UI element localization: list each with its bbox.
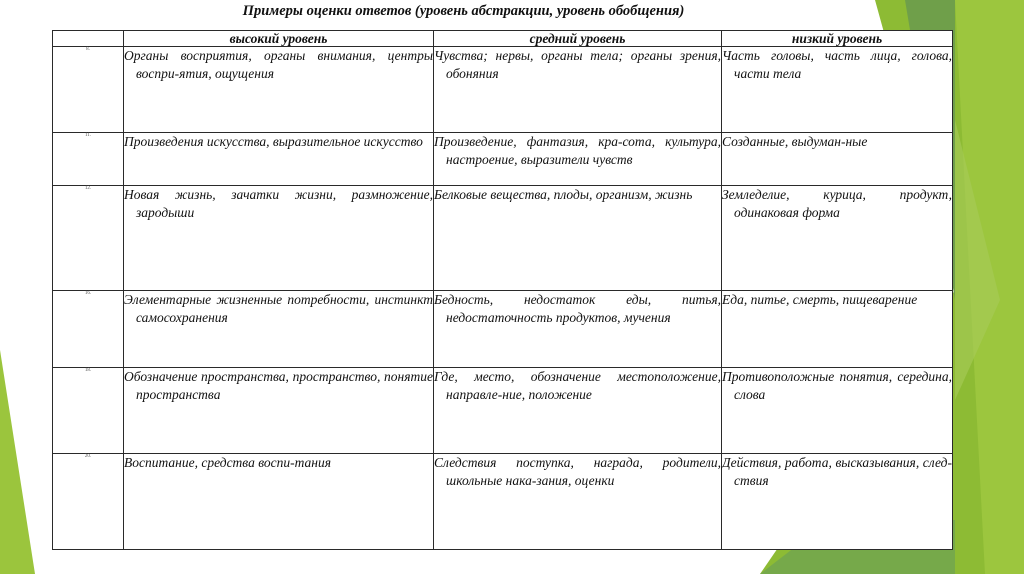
table-header-row: высокий уровень средний уровень низкий у… bbox=[53, 31, 953, 47]
table-row: 12. Новая жизнь, зачатки жизни, размноже… bbox=[53, 186, 953, 291]
cell-high: Воспитание, средства воспи-тания bbox=[124, 453, 434, 549]
header-high-level: высокий уровень bbox=[124, 31, 434, 47]
row-number: 16. bbox=[53, 291, 124, 367]
row-number: 8. bbox=[53, 47, 124, 133]
row-number: 12. bbox=[53, 186, 124, 291]
cell-low: Часть головы, часть лица, голова, части … bbox=[722, 47, 953, 133]
assessment-table: высокий уровень средний уровень низкий у… bbox=[52, 30, 953, 550]
cell-mid: Произведение, фантазия, кра-сота, культу… bbox=[434, 133, 722, 186]
row-number: 20. bbox=[53, 453, 124, 549]
cell-low: Противоположные понятия, середина, слова bbox=[722, 367, 953, 453]
table-row: 16. Элементарные жизненные потребности, … bbox=[53, 291, 953, 367]
cell-low: Созданные, выдуман-ные bbox=[722, 133, 953, 186]
table-row: 11. Произведения искусства, выразительно… bbox=[53, 133, 953, 186]
cell-high: Обозначение пространства, пространство, … bbox=[124, 367, 434, 453]
header-num bbox=[53, 31, 124, 47]
cell-low: Еда, питье, смерть, пищеварение bbox=[722, 291, 953, 367]
cell-mid: Бедность, недостаток еды, питья, недоста… bbox=[434, 291, 722, 367]
cell-high: Произведения искусства, выразительное ис… bbox=[124, 133, 434, 186]
cell-mid: Где, место, обозначение местоположение, … bbox=[434, 367, 722, 453]
cell-high: Новая жизнь, зачатки жизни, размножение,… bbox=[124, 186, 434, 291]
row-number: 11. bbox=[53, 133, 124, 186]
document-page: Примеры оценки ответов (уровень абстракц… bbox=[52, 0, 952, 550]
header-low-level: низкий уровень bbox=[722, 31, 953, 47]
table-row: 18. Обозначение пространства, пространст… bbox=[53, 367, 953, 453]
cell-high: Элементарные жизненные потребности, инст… bbox=[124, 291, 434, 367]
table-row: 8. Органы восприятия, органы внимания, ц… bbox=[53, 47, 953, 133]
document-title: Примеры оценки ответов (уровень абстракц… bbox=[52, 3, 875, 20]
cell-mid: Чувства; нервы, органы тела; органы зрен… bbox=[434, 47, 722, 133]
table-row: 20. Воспитание, средства воспи-тания Сле… bbox=[53, 453, 953, 549]
cell-low: Земледелие, курица, продукт, одинаковая … bbox=[722, 186, 953, 291]
cell-low: Действия, работа, высказывания, след-ств… bbox=[722, 453, 953, 549]
cell-mid: Белковые вещества, плоды, организм, жизн… bbox=[434, 186, 722, 291]
row-number: 18. bbox=[53, 367, 124, 453]
cell-mid: Следствия поступка, награда, родители, ш… bbox=[434, 453, 722, 549]
cell-high: Органы восприятия, органы внимания, цент… bbox=[124, 47, 434, 133]
header-mid-level: средний уровень bbox=[434, 31, 722, 47]
